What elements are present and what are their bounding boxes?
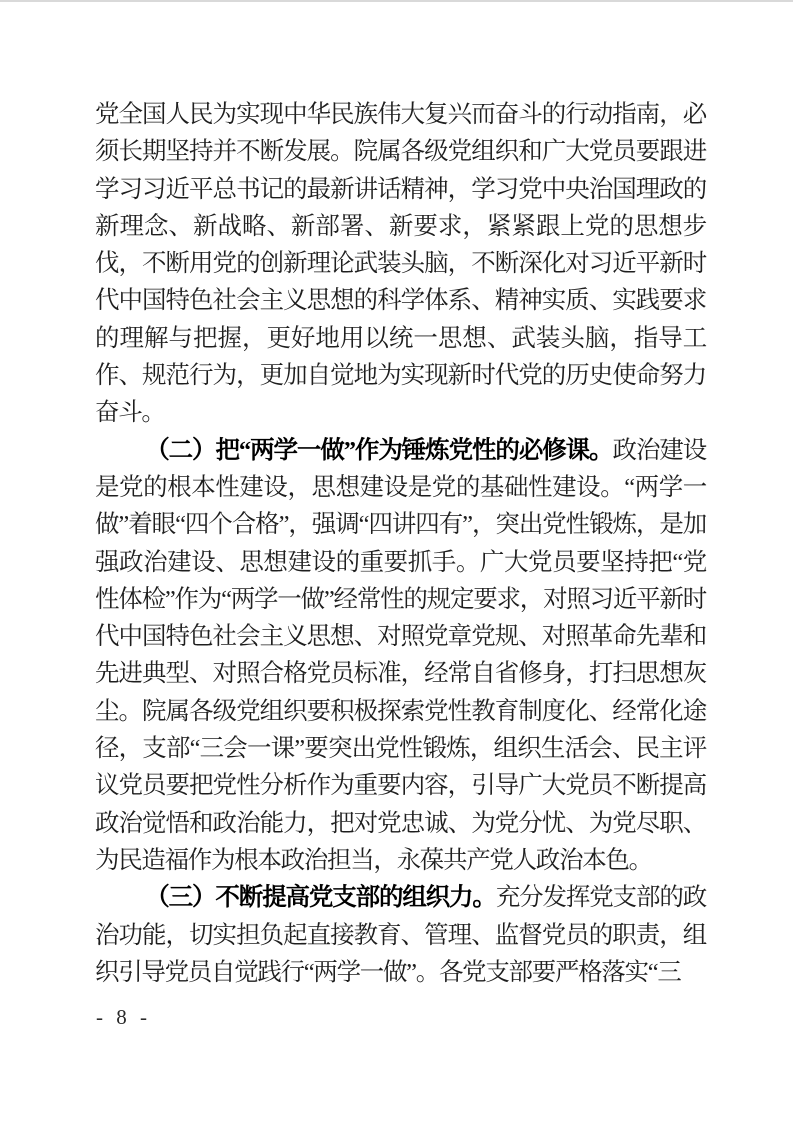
page-top-edge — [0, 0, 793, 2]
section-three-heading: （三）不断提高党支部的组织力。 — [145, 884, 496, 911]
document-page: 党全国人民为实现中华民族伟大复兴而奋斗的行动指南，必须长期坚持并不断发展。院属各… — [0, 0, 793, 1122]
document-body: 党全国人民为实现中华民族伟大复兴而奋斗的行动指南，必须长期坚持并不断发展。院属各… — [95, 96, 706, 991]
paragraph-section-three: （三）不断提高党支部的组织力。充分发挥党支部的政治功能，切实担负起直接教育、管理… — [95, 879, 706, 991]
paragraph-text: 政治建设是党的根本性建设，思想建设是党的基础性建设。“两学一做”着眼“四个合格”… — [95, 437, 706, 874]
paragraph-text: 党全国人民为实现中华民族伟大复兴而奋斗的行动指南，必须长期坚持并不断发展。院属各… — [95, 101, 706, 426]
section-two-heading: （二）把“两学一做”作为锤炼党性的必修课。 — [145, 437, 612, 464]
paragraph-continuation: 党全国人民为实现中华民族伟大复兴而奋斗的行动指南，必须长期坚持并不断发展。院属各… — [95, 96, 706, 432]
page-number: - 8 - — [96, 1005, 151, 1030]
paragraph-section-two: （二）把“两学一做”作为锤炼党性的必修课。政治建设是党的根本性建设，思想建设是党… — [95, 432, 706, 880]
